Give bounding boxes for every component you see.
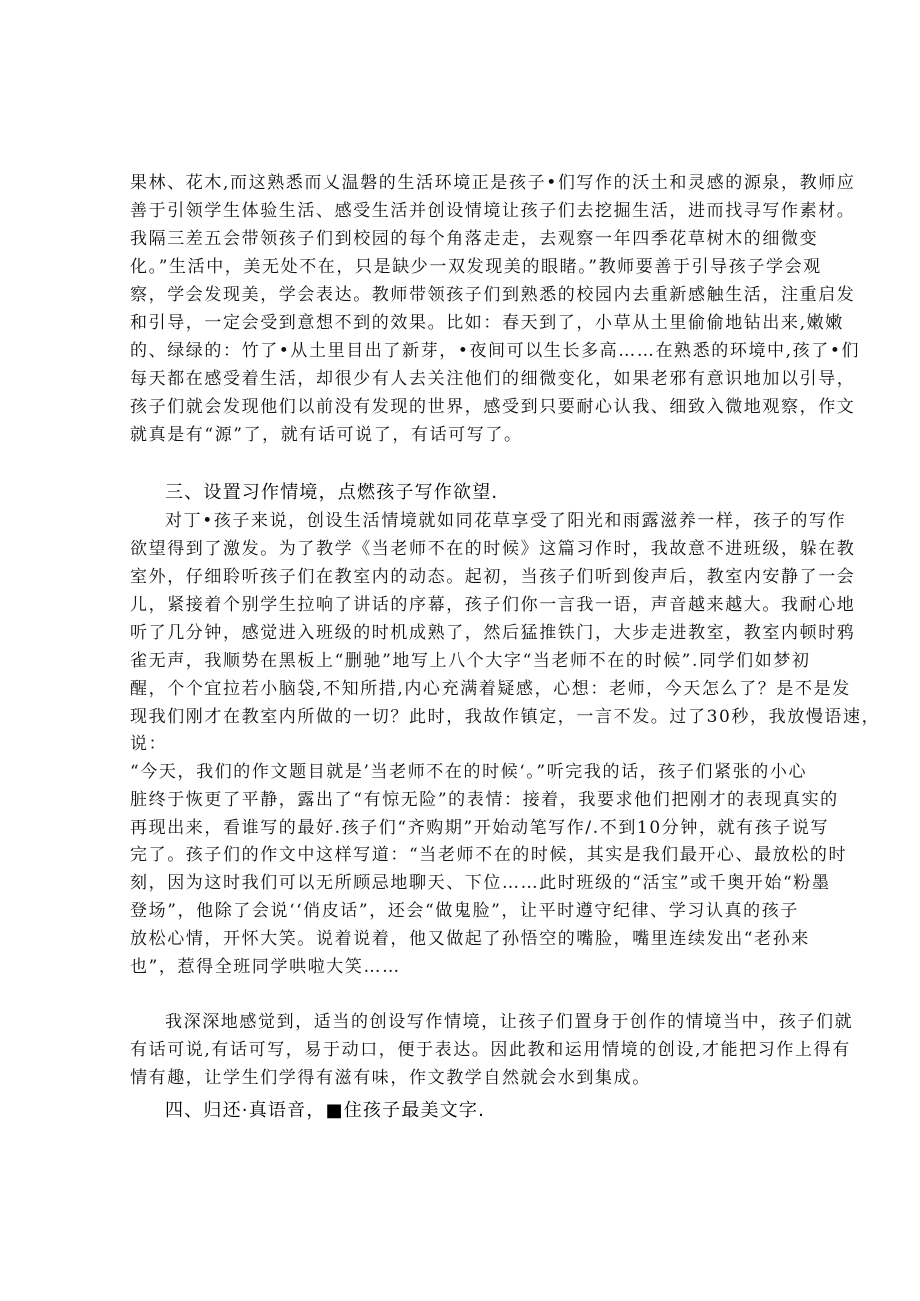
paragraph-line: 儿，紧接着个别学生拉响了讲话的序幕，孩子们你一言我一语，声音越来越大。我耐心地 <box>130 594 855 616</box>
paragraph-line: 察，学会发现美，学会表达。教师带领孩子们到熟悉的校园内去重新感触生活，注重启发 <box>130 284 855 306</box>
paragraph-line: 醒，个个宜拉若小脑袋,不知所措,内心充满着疑感，心想：老师，今天怎么了？是不是发 <box>130 678 851 700</box>
paragraph-line: 善于引领学生体验生活、感受生活并创设情境让孩子们去挖掘生活，进而找寻写作素材。 <box>130 200 855 222</box>
paragraph-line: 再现出来，看谁写的最好.孩子们“齐购期”开始动笔写作/.不到10分钟，就有孩子说… <box>130 817 829 839</box>
paragraph-line: 室外，仔细聆听孩子们在教室内的动态。起初，当孩子们听到俊声后，教室内安静了一会 <box>130 566 855 588</box>
paragraph-line: 对丁•孩子来说，创设生活情境就如同花草享受了阳光和雨露滋养一样，孩子的写作 <box>165 510 846 532</box>
section-heading-3: 三、设置习作情境，点燃孩子写作欲望. <box>165 482 498 504</box>
paragraph-line: 有话可说,有话可写，易于动口，便于表达。因此教和运用情境的创设,才能把习作上得有 <box>130 1039 851 1061</box>
paragraph-line: 化。”生活中，美无处不在，只是缺少一双发现美的眼睹。”教师要善于引导孩子学会观 <box>130 256 822 278</box>
paragraph-line: 刻，因为这时我们可以无所顾忌地聊天、下位……此时班级的“活宝”或千奥开始“粉墨 <box>130 872 830 894</box>
paragraph-line: 登场”，他除了会说‘‘俏皮话”，还会“做鬼脸”，让平时遵守纪律、学习认真的孩子 <box>130 900 799 922</box>
paragraph-line: 脏终于恢更了平静，露出了“有惊无险”的表情：接着，我要求他们把刚才的表现真实的 <box>130 789 839 811</box>
paragraph-line: 我深深地感觉到，适当的创设写作情境，让孩子们置身于创作的情境当中，孩子们就 <box>165 1011 853 1033</box>
paragraph-line: 现我们刚才在教室内所做的一切？此时，我故作镇定，一言不发。过了30秒，我放慢语速… <box>130 706 880 728</box>
paragraph-line: 也”，惹得全班同学哄啦大笑…… <box>130 956 401 978</box>
paragraph-line: “今天，我们的作文题目就是’当老师不在的时候‘。”听完我的话，孩子们紧张的小心 <box>130 761 807 783</box>
paragraph-line: 放松心情，开怀大笑。说着说着，他又做起了孙悟空的嘴脸，嘴里连续发出“老孙来 <box>130 928 810 950</box>
paragraph-line: 孩子们就会发现他们以前没有发现的世界，感受到只要耐心认我、细致入微地观察，作文 <box>130 396 855 418</box>
document-page: 果林、花木,而这熟悉而乂温磐的生活环境正是孩子•们写作的沃土和灵感的源泉，教师应… <box>0 0 920 1301</box>
paragraph-line: 说： <box>130 733 167 755</box>
paragraph-line: 每天都在感受着生活，却很少有人去关注他们的细微变化，如果老邪有意识地加以引导， <box>130 368 855 390</box>
paragraph-line: 的、绿绿的：竹了•从土里目出了新芽，•夜间可以生长多高……在熟悉的环境中,孩了•… <box>130 340 860 362</box>
paragraph-line: 就真是有“源”了，就有话可说了，有话可写了。 <box>130 424 523 446</box>
section-heading-4: 四、归还·真语音，■住孩子最美文字. <box>165 1100 485 1122</box>
paragraph-line: 和引导，一定会受到意想不到的效果。比如：春天到了，小草从土里偷偷地钻出来,嫩嫩 <box>130 312 844 334</box>
paragraph-line: 欲望得到了激发。为了教学《当老师不在的时候》这篇习作时，我故意不进班级，躲在教 <box>130 538 855 560</box>
paragraph-line: 雀无声，我顺势在黑板上“删驰”地写上八个大字“当老师不在的时候”.同学们如梦初 <box>130 650 811 672</box>
paragraph-line: 我隔三差五会带领孩子们到校园的每个角落走走，去观察一年四季花草树木的细微变 <box>130 228 818 250</box>
paragraph-line: 完了。孩子们的作文中这样写道：“当老师不在的时候，其实是我们最开心、最放松的时 <box>130 844 847 866</box>
paragraph-line: 听了几分钟，感觉进入班级的时机成熟了，然后猛推铁门，大步走进教室，教室内顿时鸦 <box>130 622 855 644</box>
paragraph-line: 情有趣，让学生们学得有滋有味，作文教学自然就会水到集成。 <box>130 1067 651 1089</box>
paragraph-line: 果林、花木,而这熟悉而乂温磐的生活环境正是孩子•们写作的沃土和灵感的源泉，教师应 <box>130 172 855 194</box>
